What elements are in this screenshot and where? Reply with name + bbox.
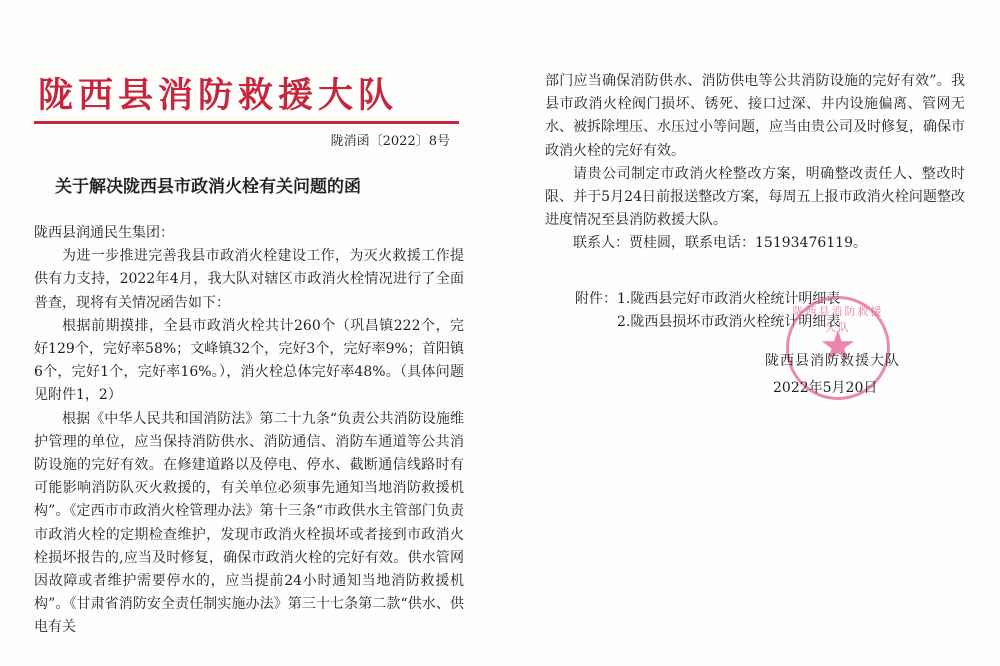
letterhead-title: 陇西县消防救援大队 [38,68,458,118]
signature-date: 2022年5月20日 [773,377,877,397]
signer-organization: 陇西县消防救援大队 [765,350,900,370]
letter-page: 陇西县消防救援大队 陇消函〔2022〕8号 关于解决陇西县市政消火栓有关问题的函… [0,0,1000,666]
paragraph-request: 请贵公司制定市政消火栓整改方案，明确整改责任人、整改时限、并于5月24日前报送整… [545,163,965,233]
letterhead-red-rule [34,121,459,124]
paragraph-legal-basis-continued: 部门应当确保消防供水、消防供电等公共消防设施的完好有效”。我县市政消火栓阀门损坏… [545,70,965,163]
paragraph-statistics: 根据前期摸排，全县市政消火栓共计260个（巩昌镇222个，完好129个，完好率5… [34,315,464,408]
recipient: 陇西县润通民生集团： [34,222,464,245]
letter-body-right-column: 部门应当确保消防供水、消防供电等公共消防设施的完好有效”。我县市政消火栓阀门损坏… [545,70,965,256]
letter-body-left-column: 陇西县润通民生集团： 为进一步推进完善我县市政消火栓建设工作，为灭火救援工作提供… [34,222,464,640]
paragraph-legal-basis: 根据《中华人民共和国消防法》第二十九条“负责公共消防设施维护管理的单位，应当保持… [34,408,464,640]
contact-info: 联系人：贾桂圆，联系电话：15193476119。 [545,232,965,255]
attachments-label: 附件： [575,288,617,311]
letter-subject: 关于解决陇西县市政消火栓有关问题的函 [55,172,455,197]
document-number: 陇消函〔2022〕8号 [300,130,450,149]
paragraph-intro: 为进一步推进完善我县市政消火栓建设工作，为灭火救援工作提供有力支持，2022年4… [34,245,464,315]
